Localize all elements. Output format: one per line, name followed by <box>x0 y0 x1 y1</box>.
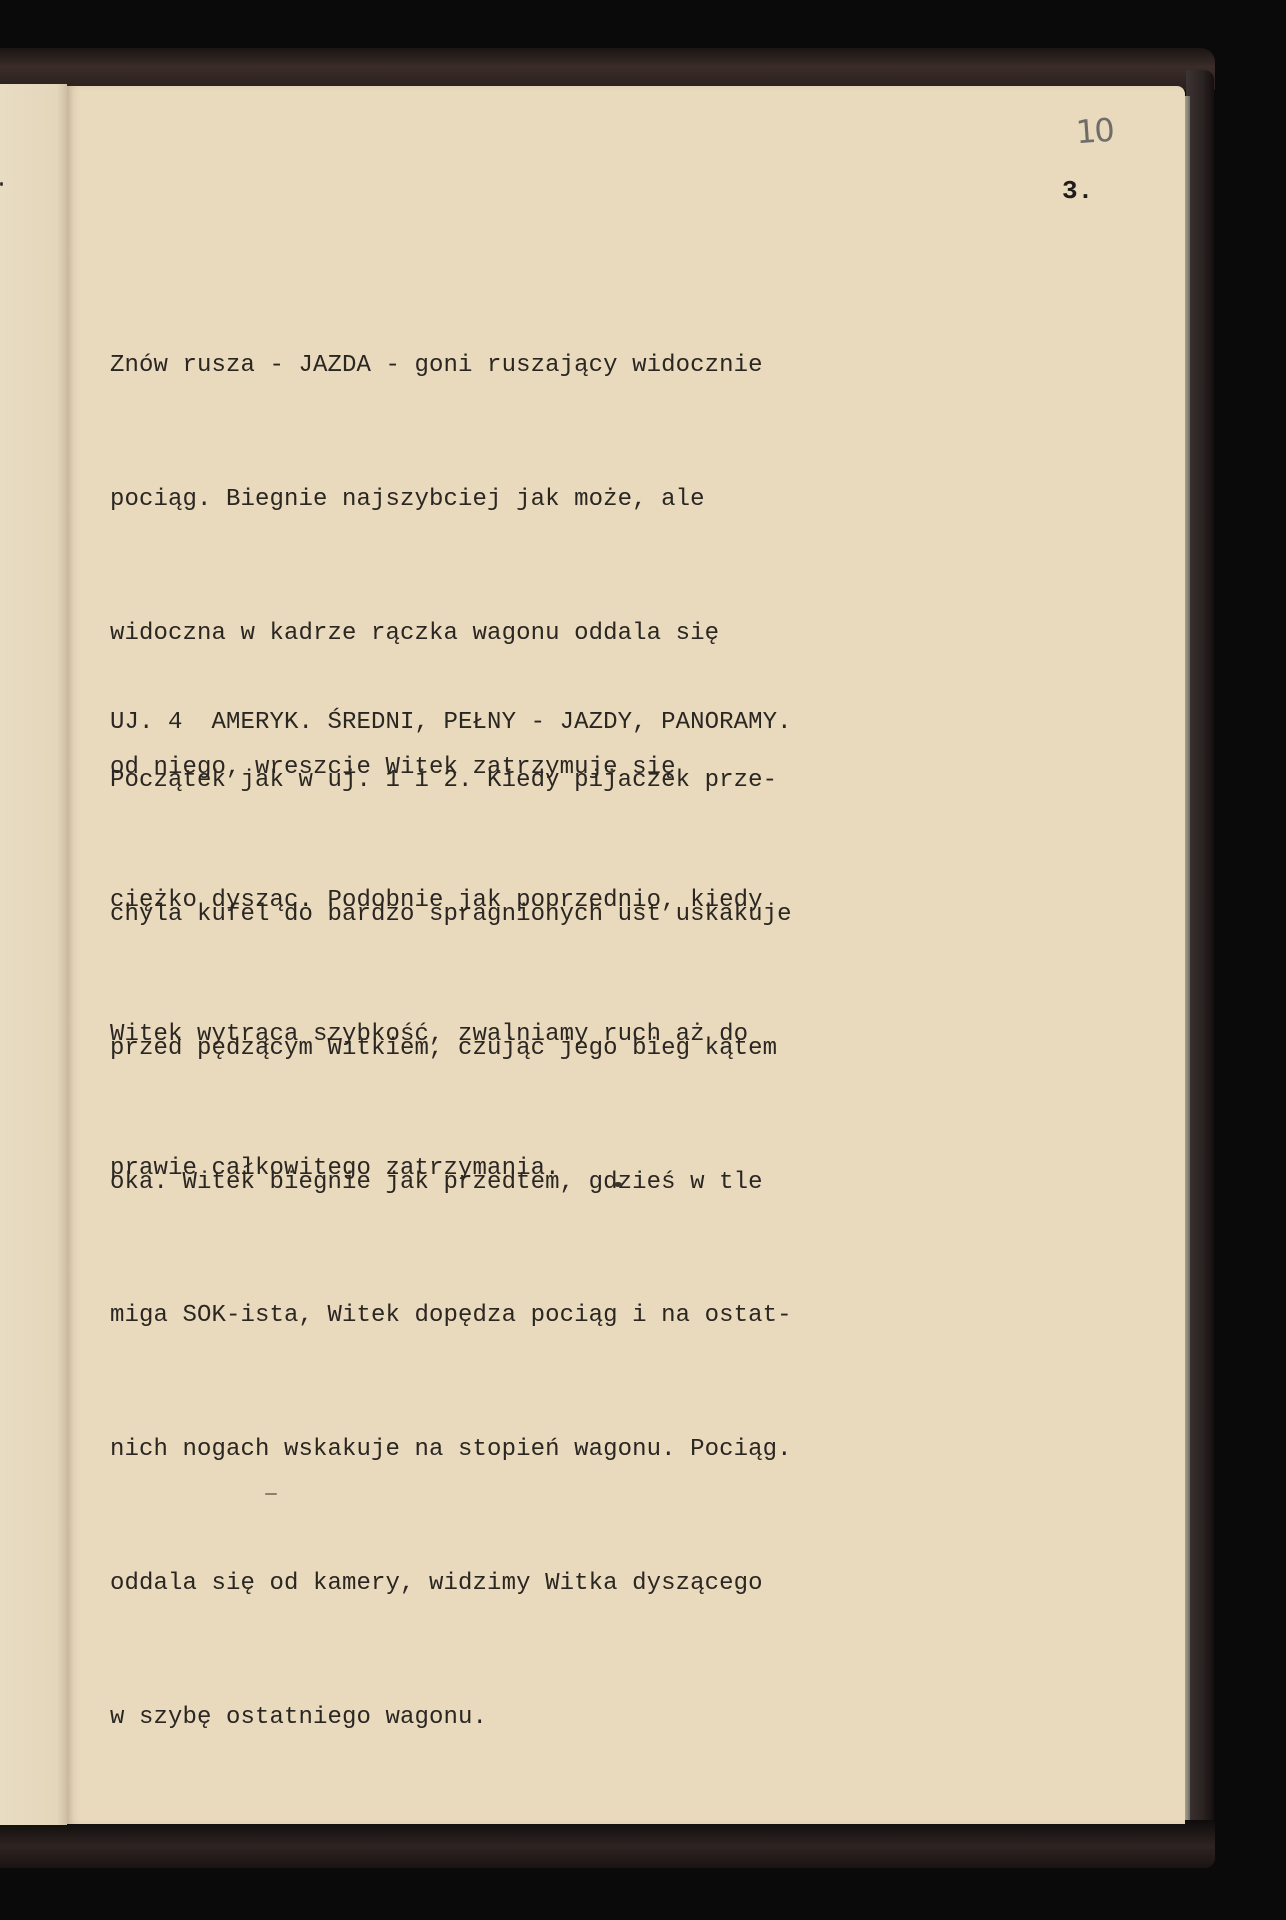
paper-speck <box>614 1182 622 1187</box>
book-cover-right-edge <box>1186 70 1214 1860</box>
text-line: Znów rusza - JAZDA - goni ruszający wido… <box>110 344 1010 389</box>
paragraph-2: Początek jak w uj. 1 i 2. Kiedy pijaczek… <box>110 670 1010 1785</box>
text-line: oddala się od kamery, widzimy Witka dysz… <box>110 1562 1010 1607</box>
text-line: w szybę ostatniego wagonu. <box>110 1696 1010 1741</box>
text-line: pociąg. Biegnie najszybciej jak może, al… <box>110 478 1010 523</box>
left-page-sliver <box>0 84 67 1825</box>
text-line: chyla kufel do bardzo spragnionych ust u… <box>110 893 1010 938</box>
text-line: miga SOK-ista, Witek dopędza pociąg i na… <box>110 1294 1010 1339</box>
paper-speck <box>0 182 3 186</box>
handwritten-folio-number: 10 <box>1075 111 1114 151</box>
text-line: Początek jak w uj. 1 i 2. Kiedy pijaczek… <box>110 759 1010 804</box>
book-cover-top-edge <box>0 48 1215 90</box>
text-line: oka. Witek biegnie jak przedtem, gdzieś … <box>110 1161 1010 1206</box>
text-line: przed pędzącym Witkiem, czując jego bieg… <box>110 1027 1010 1072</box>
book-cover-bottom-edge <box>0 1820 1215 1868</box>
text-line: nich nogach wskakuje na stopień wagonu. … <box>110 1428 1010 1473</box>
paper-speck <box>265 1493 277 1495</box>
page-number: 3. <box>1062 176 1093 206</box>
